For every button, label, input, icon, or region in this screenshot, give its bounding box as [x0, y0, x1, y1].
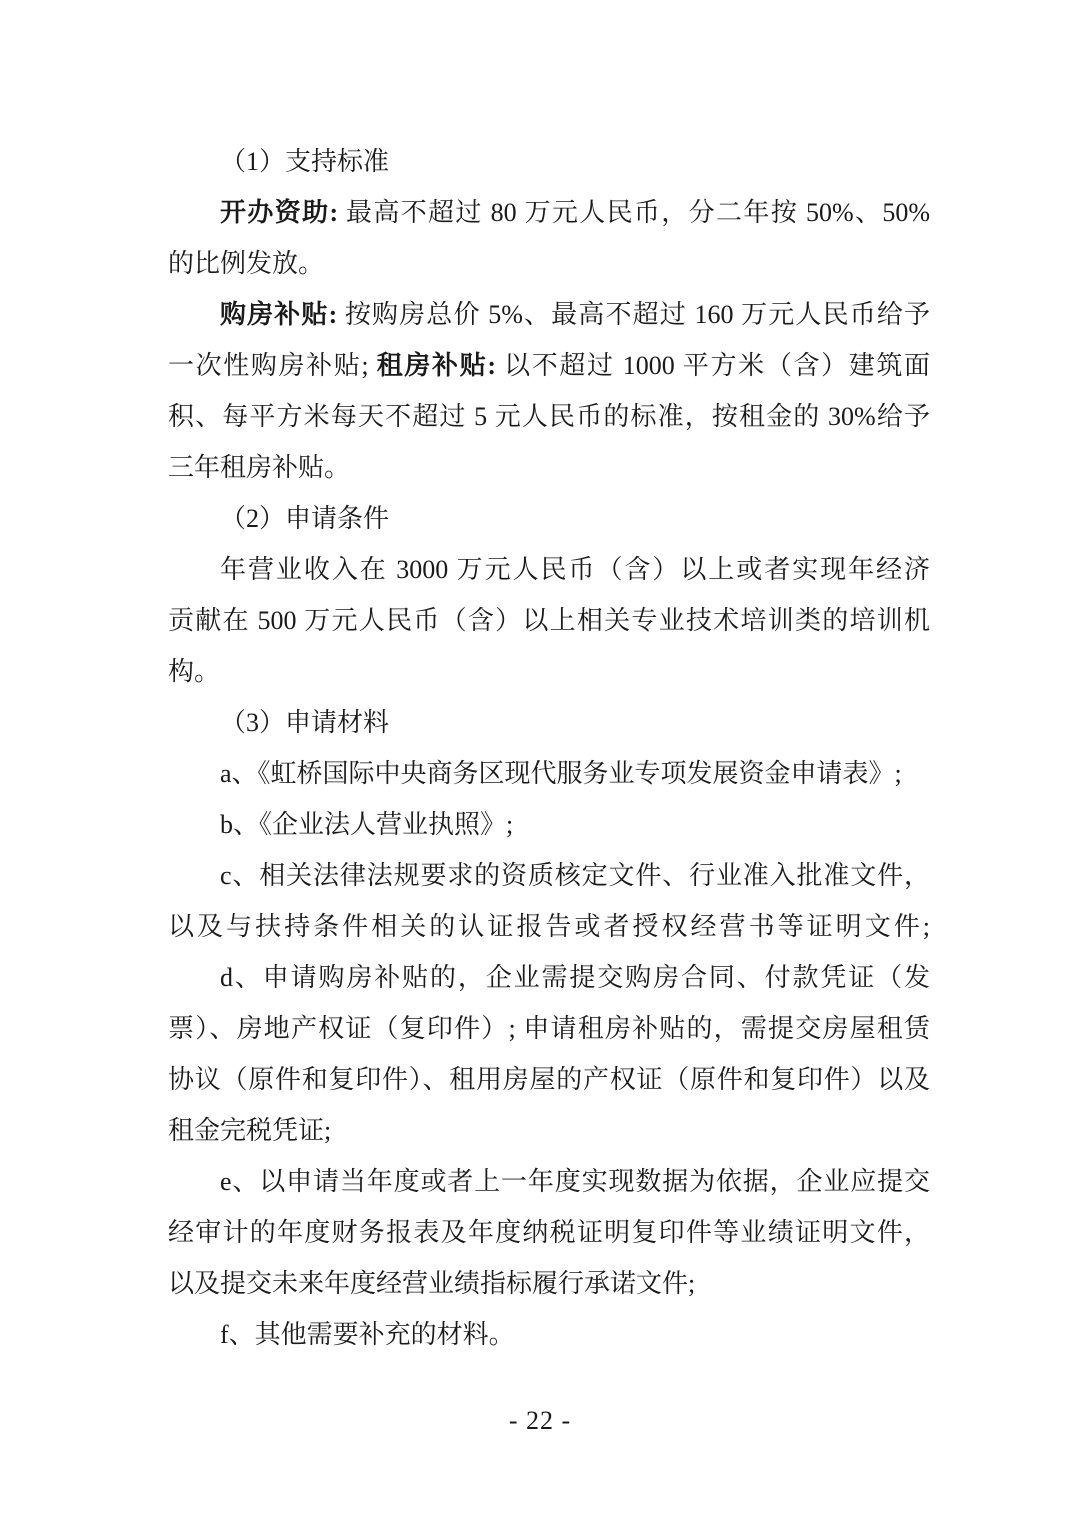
text-segment: 租金完税凭证;	[168, 1116, 331, 1145]
text-line: d、申请购房补贴的，企业需提交购房合同、付款凭证（发	[168, 952, 930, 1003]
text-segment: e、以申请当年度或者上一年度实现数据为依据，企业应提交	[220, 1167, 930, 1196]
text-segment: d、申请购房补贴的，企业需提交购房合同、付款凭证（发	[220, 963, 930, 992]
text-line: f、其他需要补充的材料。	[168, 1309, 930, 1360]
text-segment: 年营业收入在 3000 万元人民币（含）以上或者实现年经济	[220, 555, 930, 584]
text-segment: 积、每平方米每天不超过 5 元人民币的标准，按租金的 30%给予	[168, 402, 930, 431]
text-segment: 一次性购房补贴;	[168, 351, 377, 380]
text-segment: 最高不超过 80 万元人民币，分二年按 50%、50%	[346, 198, 930, 227]
text-line: 年营业收入在 3000 万元人民币（含）以上或者实现年经济	[168, 544, 930, 595]
text-line: 票）、房地产权证（复印件）; 申请租房补贴的，需提交房屋租赁	[168, 1003, 930, 1054]
text-segment: 协议（原件和复印件）、租用房屋的产权证（原件和复印件）以及	[168, 1065, 930, 1094]
text-segment: 的比例发放。	[168, 249, 324, 278]
text-segment: 票）、房地产权证（复印件）; 申请租房补贴的，需提交房屋租赁	[168, 1014, 930, 1043]
text-segment: b、《企业法人营业执照》;	[220, 810, 513, 839]
text-segment: 贡献在 500 万元人民币（含）以上相关专业技术培训类的培训机	[168, 606, 930, 635]
text-segment: a、《虹桥国际中央商务区现代服务业专项发展资金申请表》;	[220, 759, 902, 788]
text-line: 三年租房补贴。	[168, 442, 930, 493]
text-segment: 构。	[168, 657, 220, 686]
text-line: （1）支持标准	[168, 136, 930, 187]
text-line: 购房补贴: 按购房总价 5%、最高不超过 160 万元人民币给予	[168, 289, 930, 340]
page-number: - 22 -	[0, 1406, 1080, 1436]
text-segment: 三年租房补贴。	[168, 453, 350, 482]
text-segment: 以及提交未来年度经营业绩指标履行承诺文件;	[168, 1269, 695, 1298]
text-line: （3）申请材料	[168, 697, 930, 748]
document-page: （1）支持标准开办资助: 最高不超过 80 万元人民币，分二年按 50%、50%…	[0, 0, 1080, 1527]
text-line: b、《企业法人营业执照》;	[168, 799, 930, 850]
text-segment: 经审计的年度财务报表及年度纳税证明复印件等业绩证明文件，	[168, 1218, 930, 1247]
text-line: c、相关法律法规要求的资质核定文件、行业准入批准文件，	[168, 850, 930, 901]
text-segment: c、相关法律法规要求的资质核定文件、行业准入批准文件，	[220, 861, 930, 890]
text-segment: （3）申请材料	[220, 708, 389, 737]
text-segment: （1）支持标准	[220, 147, 389, 176]
text-line: a、《虹桥国际中央商务区现代服务业专项发展资金申请表》;	[168, 748, 930, 799]
emphasized-term: 开办资助:	[220, 198, 346, 227]
document-body: （1）支持标准开办资助: 最高不超过 80 万元人民币，分二年按 50%、50%…	[168, 136, 930, 1360]
text-line: 构。	[168, 646, 930, 697]
text-line: 的比例发放。	[168, 238, 930, 289]
emphasized-term: 租房补贴:	[377, 351, 504, 380]
text-line: 协议（原件和复印件）、租用房屋的产权证（原件和复印件）以及	[168, 1054, 930, 1105]
emphasized-term: 购房补贴:	[220, 300, 345, 329]
text-line: e、以申请当年度或者上一年度实现数据为依据，企业应提交	[168, 1156, 930, 1207]
text-line: 贡献在 500 万元人民币（含）以上相关专业技术培训类的培训机	[168, 595, 930, 646]
text-segment: （2）申请条件	[220, 504, 389, 533]
text-segment: 以及与扶持条件相关的认证报告或者授权经营书等证明文件;	[168, 912, 930, 941]
text-line: 积、每平方米每天不超过 5 元人民币的标准，按租金的 30%给予	[168, 391, 930, 442]
text-line: 开办资助: 最高不超过 80 万元人民币，分二年按 50%、50%	[168, 187, 930, 238]
text-line: 租金完税凭证;	[168, 1105, 930, 1156]
text-line: 一次性购房补贴; 租房补贴: 以不超过 1000 平方米（含）建筑面	[168, 340, 930, 391]
text-line: （2）申请条件	[168, 493, 930, 544]
text-segment: f、其他需要补充的材料。	[220, 1320, 515, 1349]
text-line: 以及提交未来年度经营业绩指标履行承诺文件;	[168, 1258, 930, 1309]
text-segment: 按购房总价 5%、最高不超过 160 万元人民币给予	[345, 300, 930, 329]
text-segment: 以不超过 1000 平方米（含）建筑面	[504, 351, 930, 380]
text-line: 经审计的年度财务报表及年度纳税证明复印件等业绩证明文件，	[168, 1207, 930, 1258]
text-line: 以及与扶持条件相关的认证报告或者授权经营书等证明文件;	[168, 901, 930, 952]
